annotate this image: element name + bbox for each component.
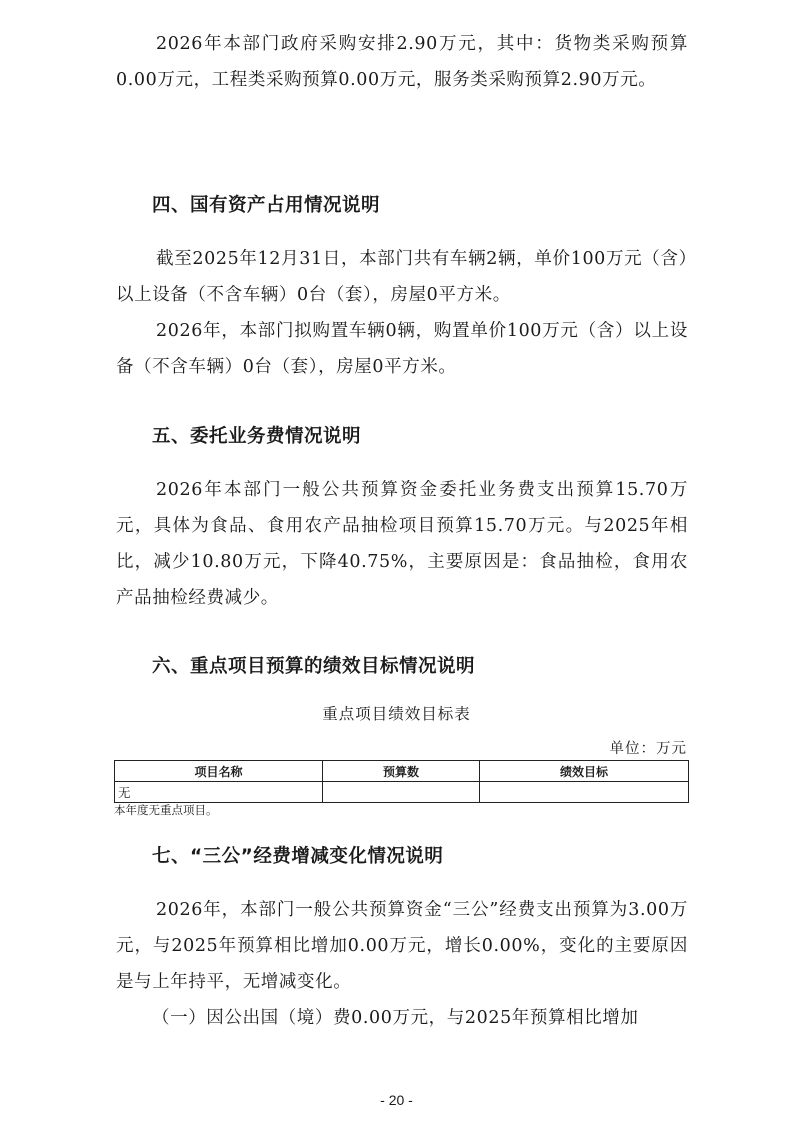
table-note: 本年度无重点项目。 xyxy=(114,803,218,817)
section-4-heading: 四、国有资产占用情况说明 xyxy=(152,194,380,218)
cell-performance-goal xyxy=(480,782,689,803)
section-5-heading: 五、委托业务费情况说明 xyxy=(152,425,361,449)
table-title: 重点项目绩效目标表 xyxy=(0,702,793,724)
page-number: - 20 - xyxy=(0,1092,793,1108)
table-header-row: 项目名称 预算数 绩效目标 xyxy=(115,761,689,782)
section-7-paragraph-1: 2026年，本部门一般公共预算资金“三公”经费支出预算为3.00万元，与2025… xyxy=(116,892,688,1000)
section-4-paragraph-1-text: 截至2025年12月31日，本部门共有车辆2辆，单价100万元（含）以上设备（不… xyxy=(116,249,688,305)
cell-budget xyxy=(323,782,480,803)
section-6-heading: 六、重点项目预算的绩效目标情况说明 xyxy=(152,655,475,679)
column-header-budget: 预算数 xyxy=(323,761,480,782)
procurement-paragraph: 2026年本部门政府采购安排2.90万元，其中：货物类采购预算0.00万元，工程… xyxy=(116,26,688,98)
section-4-paragraph-2: 2026年，本部门拟购置车辆0辆，购置单价100万元（含）以上设备（不含车辆）0… xyxy=(116,313,688,385)
section-7-paragraph-1-text: 2026年，本部门一般公共预算资金“三公”经费支出预算为3.00万元，与2025… xyxy=(116,900,688,992)
section-7-heading: 七、“三公”经费增减变化情况说明 xyxy=(152,845,443,869)
table-unit-label: 单位：万元 xyxy=(610,737,688,758)
procurement-text: 2026年本部门政府采购安排2.90万元，其中：货物类采购预算0.00万元，工程… xyxy=(116,34,688,90)
section-7-paragraph-2-text: （一）因公出国（境）费0.00万元，与2025年预算相比增加 xyxy=(152,1008,639,1028)
section-7-paragraph-2: （一）因公出国（境）费0.00万元，与2025年预算相比增加 xyxy=(116,1000,688,1036)
column-header-project-name: 项目名称 xyxy=(115,761,323,782)
section-4-paragraph-1: 截至2025年12月31日，本部门共有车辆2辆，单价100万元（含）以上设备（不… xyxy=(116,241,688,313)
section-5-paragraph-1: 2026年本部门一般公共预算资金委托业务费支出预算15.70万元，具体为食品、食… xyxy=(116,472,688,616)
section-4-paragraph-2-text: 2026年，本部门拟购置车辆0辆，购置单价100万元（含）以上设备（不含车辆）0… xyxy=(116,321,688,377)
performance-goals-table: 项目名称 预算数 绩效目标 无 xyxy=(114,760,689,803)
table-row: 无 xyxy=(115,782,689,803)
column-header-performance-goal: 绩效目标 xyxy=(480,761,689,782)
section-5-paragraph-1-text: 2026年本部门一般公共预算资金委托业务费支出预算15.70万元，具体为食品、食… xyxy=(116,480,688,608)
cell-project-name: 无 xyxy=(115,782,323,803)
